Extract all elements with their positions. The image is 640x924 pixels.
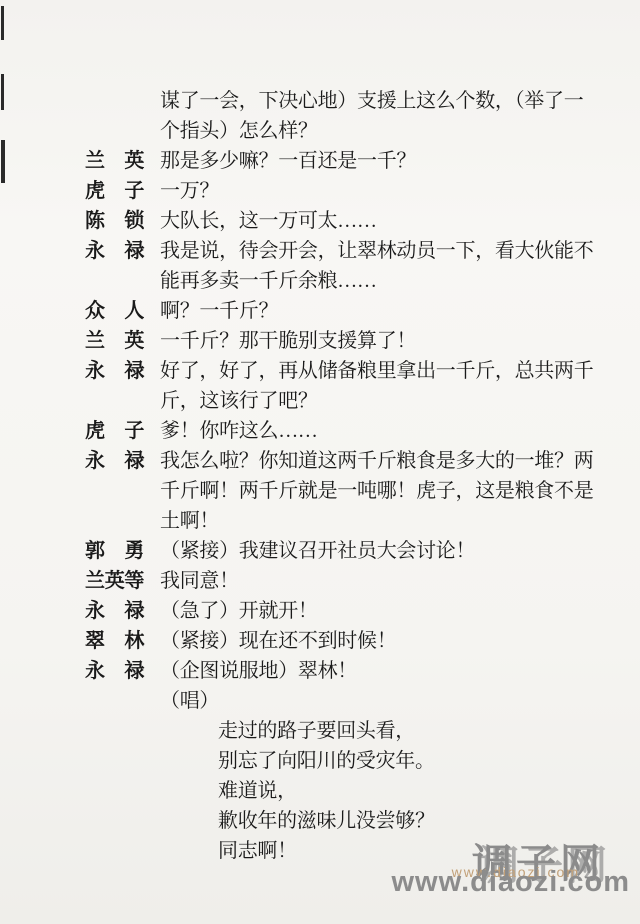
- script-line: 永 禄 （急了）开就开！: [85, 596, 630, 626]
- verse-text: 歉收年的滋味儿没尝够？: [218, 806, 630, 836]
- dialogue-text: 一万？: [160, 176, 630, 206]
- speaker-name: 永 禄: [85, 446, 160, 476]
- script-line: 别忘了向阳川的受灾年。: [85, 746, 630, 776]
- dialogue-text: （急了）开就开！: [160, 596, 630, 626]
- page-edge-mark: [1, 140, 5, 183]
- script-line: 永 禄 好了，好了，再从储备粮里拿出一千斤，总共两千: [85, 356, 630, 386]
- script-line: 土啊！: [85, 506, 630, 536]
- speaker-name: [85, 266, 160, 296]
- speaker-name: 众 人: [85, 296, 160, 326]
- speaker-name: 虎 子: [85, 176, 160, 206]
- script-line: 众 人 啊？一千斤？: [85, 296, 630, 326]
- script-line: 郭 勇 （紧接）我建议召开社员大会讨论！: [85, 536, 630, 566]
- dialogue-text: 一千斤？那干脆别支援算了！: [160, 326, 630, 356]
- script-line: 虎 子 爹！你咋这么……: [85, 416, 630, 446]
- script-line: 兰 英 一千斤？那干脆别支援算了！: [85, 326, 630, 356]
- script-line: 谋了一会，下决心地）支援上这么个数，（举了一: [85, 86, 630, 116]
- script-line: 同志啊！: [85, 836, 630, 866]
- dialogue-text: 谋了一会，下决心地）支援上这么个数，（举了一: [160, 86, 630, 116]
- speaker-name: [85, 716, 160, 746]
- dialogue-text: 我同意！: [160, 566, 630, 596]
- scanned-script-page: 谋了一会，下决心地）支援上这么个数，（举了一 个指头）怎么样？ 兰 英 那是多少…: [0, 0, 640, 924]
- verse-text: 别忘了向阳川的受灾年。: [218, 746, 630, 776]
- speaker-name: 永 禄: [85, 236, 160, 266]
- script-text-block: 谋了一会，下决心地）支援上这么个数，（举了一 个指头）怎么样？ 兰 英 那是多少…: [85, 86, 630, 866]
- dialogue-text: 土啊！: [160, 506, 630, 536]
- dialogue-text: 啊？一千斤？: [160, 296, 630, 326]
- speaker-name: 陈 锁: [85, 206, 160, 236]
- dialogue-text: 我怎么啦？你知道这两千斤粮食是多大的一堆？两: [160, 446, 630, 476]
- script-line: 千斤啊！两千斤就是一吨哪！虎子，这是粮食不是: [85, 476, 630, 506]
- speaker-name: [85, 506, 160, 536]
- verse-text: 同志啊！: [218, 836, 630, 866]
- page-edge-mark: [1, 6, 4, 40]
- speaker-name: [85, 386, 160, 416]
- speaker-name: [85, 116, 160, 146]
- dialogue-text: 大队长，这一万可太……: [160, 206, 630, 236]
- speaker-name: 兰 英: [85, 326, 160, 356]
- dialogue-text: 那是多少嘛？一百还是一千？: [160, 146, 630, 176]
- script-line: 难道说，: [85, 776, 630, 806]
- script-line: 兰英等 我同意！: [85, 566, 630, 596]
- dialogue-text: 斤，这该行了吧？: [160, 386, 630, 416]
- script-line: 能再多卖一千斤余粮……: [85, 266, 630, 296]
- dialogue-text: 千斤啊！两千斤就是一吨哪！虎子，这是粮食不是: [160, 476, 630, 506]
- speaker-name: [85, 806, 160, 836]
- script-line: 永 禄 我是说，待会开会，让翠林动员一下，看大伙能不: [85, 236, 630, 266]
- stage-direction: （唱）: [160, 686, 630, 716]
- dialogue-text: 好了，好了，再从储备粮里拿出一千斤，总共两千: [160, 356, 630, 386]
- script-line: 陈 锁 大队长，这一万可太……: [85, 206, 630, 236]
- watermark-url-small: www.diaozi.com: [452, 864, 580, 880]
- script-line: 兰 英 那是多少嘛？一百还是一千？: [85, 146, 630, 176]
- speaker-name: [85, 686, 160, 716]
- speaker-name: 永 禄: [85, 596, 160, 626]
- script-line: 斤，这该行了吧？: [85, 386, 630, 416]
- script-line: 歉收年的滋味儿没尝够？: [85, 806, 630, 836]
- dialogue-text: 能再多卖一千斤余粮……: [160, 266, 630, 296]
- dialogue-text: （紧接）现在还不到时候！: [160, 626, 630, 656]
- speaker-name: 永 禄: [85, 656, 160, 686]
- verse-text: 难道说，: [218, 776, 630, 806]
- dialogue-text: （紧接）我建议召开社员大会讨论！: [160, 536, 630, 566]
- speaker-name: [85, 836, 160, 866]
- speaker-name: 兰英等: [85, 566, 160, 596]
- dialogue-text: 爹！你咋这么……: [160, 416, 630, 446]
- dialogue-text: 个指头）怎么样？: [160, 116, 630, 146]
- script-line: 个指头）怎么样？: [85, 116, 630, 146]
- script-line: 虎 子 一万？: [85, 176, 630, 206]
- speaker-name: [85, 476, 160, 506]
- speaker-name: 翠 林: [85, 626, 160, 656]
- speaker-name: 虎 子: [85, 416, 160, 446]
- script-line: 永 禄 （企图说服地）翠林！: [85, 656, 630, 686]
- dialogue-text: 我是说，待会开会，让翠林动员一下，看大伙能不: [160, 236, 630, 266]
- speaker-name: [85, 86, 160, 116]
- speaker-name: 兰 英: [85, 146, 160, 176]
- page-edge-mark: [1, 74, 4, 110]
- speaker-name: [85, 776, 160, 806]
- script-line: （唱）: [85, 686, 630, 716]
- watermark-url: www.diaozi.com: [391, 866, 630, 899]
- speaker-name: [85, 746, 160, 776]
- verse-text: 走过的路子要回头看，: [218, 716, 630, 746]
- speaker-name: 郭 勇: [85, 536, 160, 566]
- script-line: 翠 林 （紧接）现在还不到时候！: [85, 626, 630, 656]
- speaker-name: 永 禄: [85, 356, 160, 386]
- dialogue-text: （企图说服地）翠林！: [160, 656, 630, 686]
- script-line: 走过的路子要回头看，: [85, 716, 630, 746]
- script-line: 永 禄 我怎么啦？你知道这两千斤粮食是多大的一堆？两: [85, 446, 630, 476]
